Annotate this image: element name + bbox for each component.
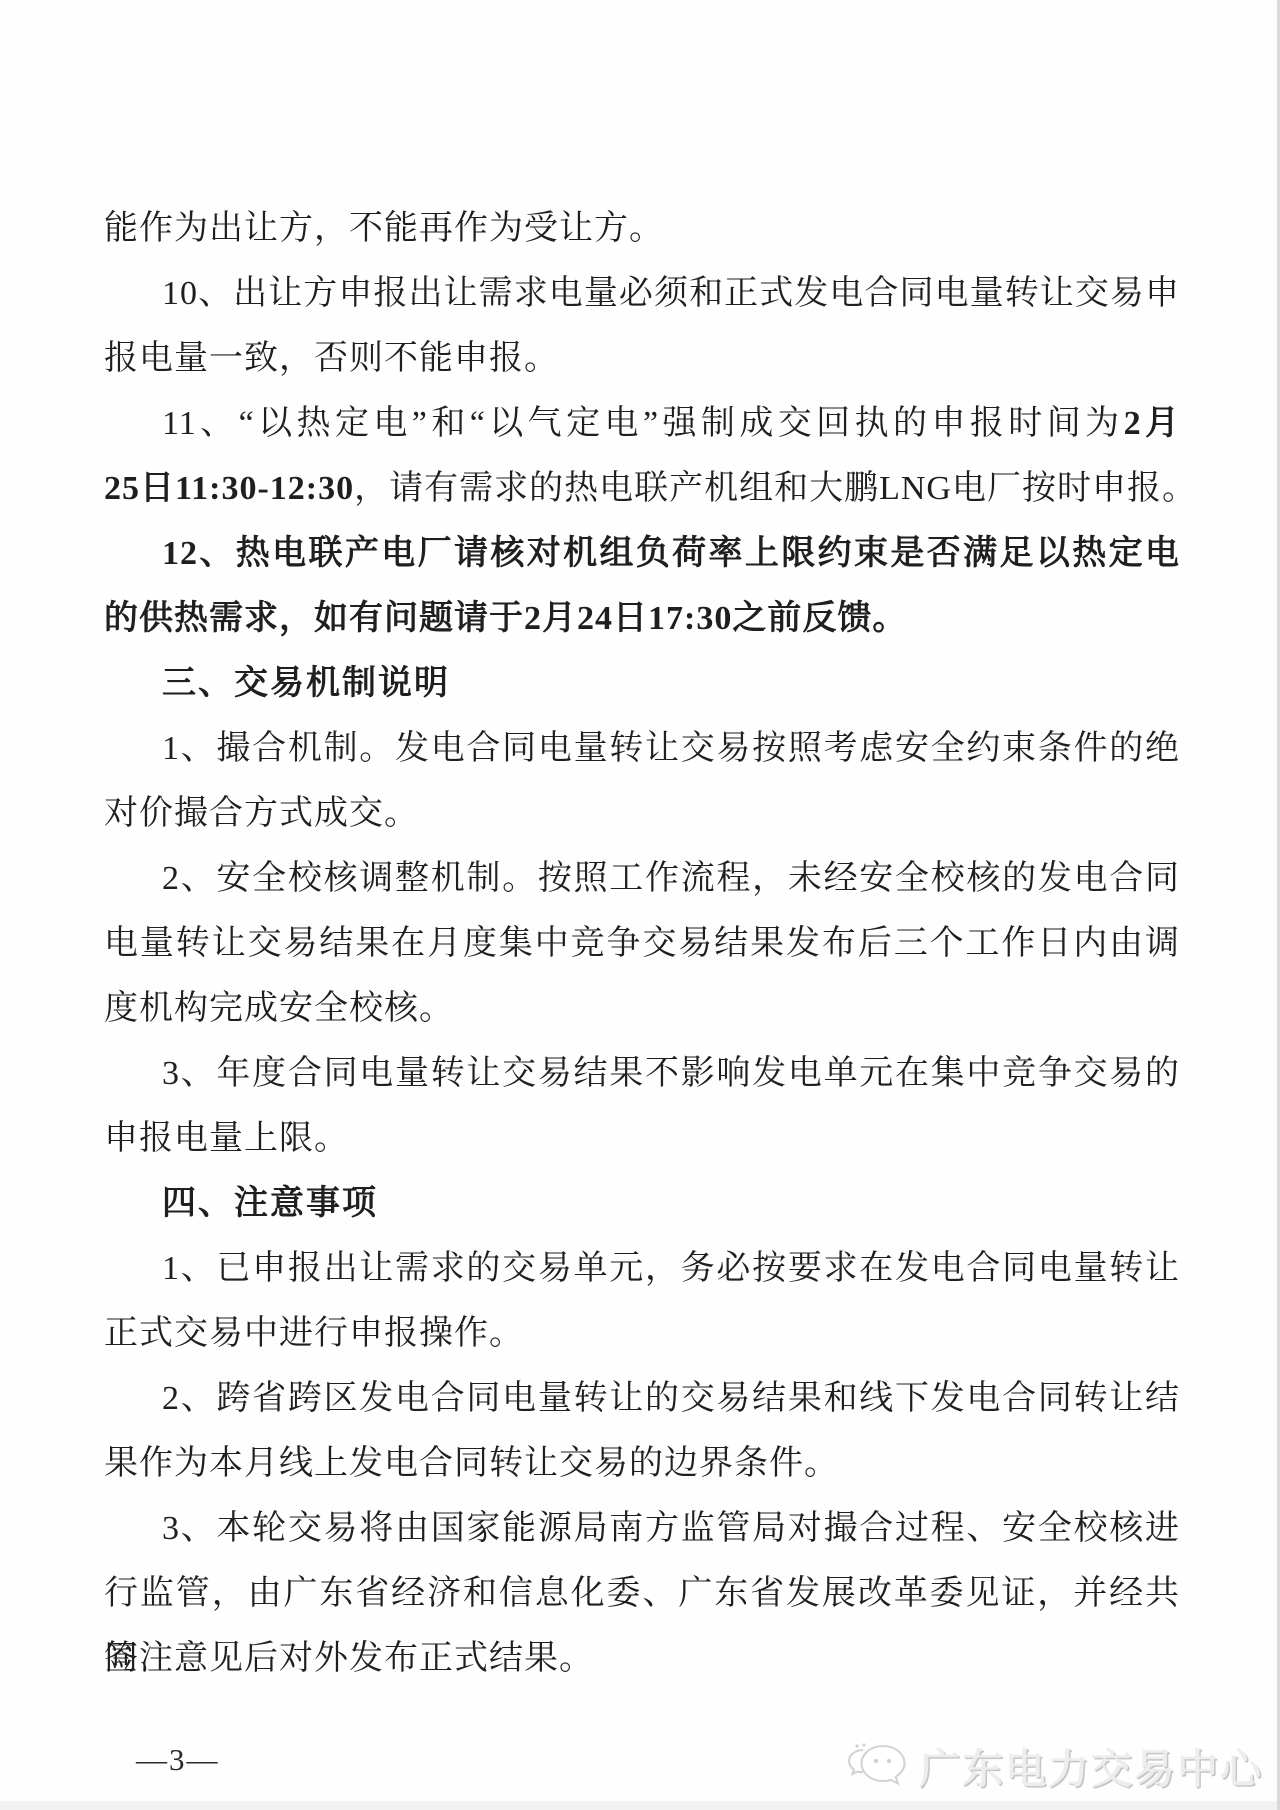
text-run: 的供热需求，如有问题请于2月24日17:30之前反馈。 — [104, 600, 907, 637]
section-heading: 四、注意事项 — [104, 1171, 1180, 1236]
text-line: 对价撮合方式成交。 — [104, 781, 1180, 846]
text-run: ，请有需求的热电联产机组和大鹏LNG电厂按时申报。 — [354, 470, 1197, 507]
text-run: 11、“以热定电”和“以气定电”强制成交回执的申报时间为 — [162, 405, 1124, 442]
text-run: 三、交易机制说明 — [162, 664, 450, 702]
text-line: 报电量一致，否则不能申报。 — [104, 326, 1180, 391]
wechat-icon — [847, 1738, 909, 1794]
text-line: 12、热电联产电厂请核对机组负荷率上限约束是否满足以热定电 — [104, 521, 1180, 586]
text-line: 1、已申报出让需求的交易单元，务必按要求在发电合同电量转让 — [104, 1236, 1180, 1301]
text-line: 正式交易中进行申报操作。 — [104, 1301, 1180, 1366]
text-line: 的供热需求，如有问题请于2月24日17:30之前反馈。 — [104, 586, 1180, 651]
text-line: 行监管，由广东省经济和信息化委、广东省发展改革委见证，并经共同 — [104, 1561, 1180, 1626]
document-page: 能作为出让方，不能再作为受让方。10、出让方申报出让需求电量必须和正式发电合同电… — [0, 0, 1280, 1810]
text-run: 12、热电联产电厂请核对机组负荷率上限约束是否满足以热定电 — [162, 535, 1180, 572]
text-run: 四、注意事项 — [162, 1184, 378, 1222]
watermark-label: 广东电力交易中心 — [919, 1736, 1263, 1795]
text-run: 对价撮合方式成交。 — [104, 795, 419, 832]
text-line: 3、本轮交易将由国家能源局南方监管局对撮合过程、安全校核进 — [104, 1496, 1180, 1561]
text-run: 3、本轮交易将由国家能源局南方监管局对撮合过程、安全校核进 — [162, 1510, 1180, 1547]
text-line: 1、撮合机制。发电合同电量转让交易按照考虑安全约束条件的绝 — [104, 716, 1180, 781]
text-line: 11、“以热定电”和“以气定电”强制成交回执的申报时间为2月 — [104, 391, 1180, 456]
text-line: 电量转让交易结果在月度集中竞争交易结果发布后三个工作日内由调 — [104, 911, 1180, 976]
document-body: 能作为出让方，不能再作为受让方。10、出让方申报出让需求电量必须和正式发电合同电… — [104, 196, 1180, 1691]
text-run: 度机构完成安全校核。 — [104, 990, 454, 1027]
text-line: 度机构完成安全校核。 — [104, 976, 1180, 1041]
text-line: 果作为本月线上发电合同转让交易的边界条件。 — [104, 1431, 1180, 1496]
text-run: 电量转让交易结果在月度集中竞争交易结果发布后三个工作日内由调 — [104, 925, 1180, 962]
text-run: 1、已申报出让需求的交易单元，务必按要求在发电合同电量转让 — [162, 1250, 1180, 1287]
section-heading: 三、交易机制说明 — [104, 651, 1180, 716]
text-run: 报电量一致，否则不能申报。 — [104, 340, 559, 377]
text-line: 25日11:30-12:30，请有需求的热电联产机组和大鹏LNG电厂按时申报。 — [104, 456, 1180, 521]
text-run: 3、年度合同电量转让交易结果不影响发电单元在集中竞争交易的 — [162, 1055, 1180, 1092]
text-run: 正式交易中进行申报操作。 — [104, 1315, 524, 1352]
text-run: 25日11:30-12:30 — [104, 470, 354, 507]
text-run: 2、跨省跨区发电合同电量转让的交易结果和线下发电合同转让结 — [162, 1380, 1180, 1417]
page-number-label: —3— — [136, 1742, 220, 1778]
text-line: 2、安全校核调整机制。按照工作流程，未经安全校核的发电合同 — [104, 846, 1180, 911]
text-run: 能作为出让方，不能再作为受让方。 — [104, 210, 664, 247]
text-run: 1、撮合机制。发电合同电量转让交易按照考虑安全约束条件的绝 — [162, 730, 1180, 767]
text-run: 2、安全校核调整机制。按照工作流程，未经安全校核的发电合同 — [162, 860, 1180, 897]
text-line: 10、出让方申报出让需求电量必须和正式发电合同电量转让交易申 — [104, 261, 1180, 326]
text-run: 2月 — [1124, 405, 1180, 442]
text-line: 能作为出让方，不能再作为受让方。 — [104, 196, 1180, 261]
text-run: 签注意见后对外发布正式结果。 — [104, 1640, 594, 1677]
text-run: 10、出让方申报出让需求电量必须和正式发电合同电量转让交易申 — [162, 275, 1180, 312]
text-line: 申报电量上限。 — [104, 1106, 1180, 1171]
scan-artifact-strip — [0, 1801, 1277, 1810]
wechat-watermark: 广东电力交易中心 — [847, 1736, 1263, 1795]
text-line: 2、跨省跨区发电合同电量转让的交易结果和线下发电合同转让结 — [104, 1366, 1180, 1431]
text-line: 签注意见后对外发布正式结果。 — [104, 1626, 1180, 1691]
text-run: 申报电量上限。 — [104, 1120, 349, 1157]
text-line: 3、年度合同电量转让交易结果不影响发电单元在集中竞争交易的 — [104, 1041, 1180, 1106]
text-run: 果作为本月线上发电合同转让交易的边界条件。 — [104, 1445, 839, 1482]
